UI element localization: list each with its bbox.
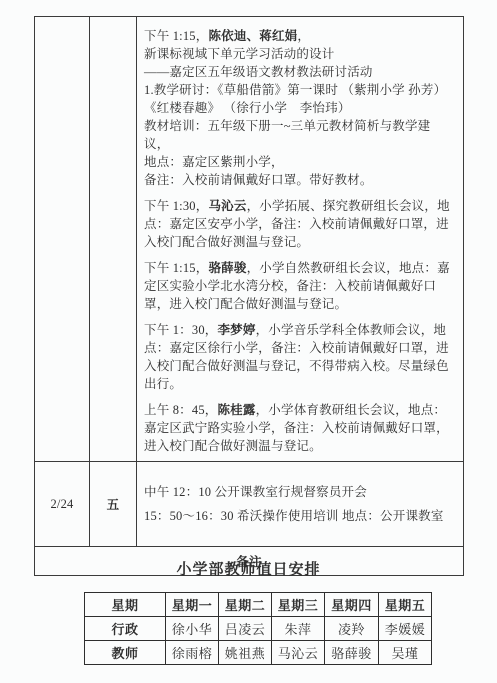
schedule-row-continued: 下午 1:15，陈依迪、蒋红娟， 新课标视域下单元学习活动的设计 ——嘉定区五年… [35, 17, 464, 462]
events-cell: 下午 1:15，陈依迪、蒋红娟， 新课标视域下单元学习活动的设计 ——嘉定区五年… [137, 17, 464, 462]
duty-name-cell: 吕凌云 [219, 617, 272, 641]
teacher-name: 陈依迪、蒋红娟 [208, 29, 297, 43]
event-line: 1.教学研讨：《草船借箭》第一课时 （紫荆小学 孙芳） [144, 81, 455, 99]
event-paragraph-expansion-meeting: 下午 1:30，马沁云，小学拓展、探究教研组长会议，地点：嘉定区安亭小学，备注：… [144, 197, 455, 251]
duty-header-tue: 星期二 [219, 593, 272, 617]
duty-name-cell: 朱萍 [272, 617, 325, 641]
weekday-cell-empty [90, 17, 137, 462]
event-text: ， [297, 29, 310, 43]
duty-header-wed: 星期三 [272, 593, 325, 617]
event-line: 15：50～16：30 希沃操作使用培训 地点：公开课教室 [144, 507, 455, 526]
event-line: 地点：嘉定区紫荆小学， [144, 153, 455, 171]
event-paragraph-science-meeting: 下午 1:15，骆薛骏，小学自然教研组长会议，地点：嘉定区实验小学北水湾分校，备… [144, 259, 455, 313]
event-paragraph-language-research: 下午 1:15，陈依迪、蒋红娟， 新课标视域下单元学习活动的设计 ——嘉定区五年… [144, 27, 455, 189]
duty-name-cell: 马沁云 [272, 641, 325, 665]
duty-name-cell: 姚祖燕 [219, 641, 272, 665]
duty-header-row: 星期 星期一 星期二 星期三 星期四 星期五 [85, 593, 432, 617]
event-line: 教材培训：五年级下册一~三单元教材简析与教学建议， [144, 117, 455, 153]
duty-row-label: 行政 [85, 617, 166, 641]
duty-header-thu: 星期四 [325, 593, 379, 617]
weekly-schedule-table: 下午 1:15，陈依迪、蒋红娟， 新课标视域下单元学习活动的设计 ——嘉定区五年… [34, 16, 464, 576]
teacher-name: 马沁云 [208, 199, 246, 213]
duty-name-cell: 徐小华 [166, 617, 219, 641]
duty-name-cell: 凌羚 [325, 617, 379, 641]
teacher-name: 骆薛骏 [208, 261, 246, 275]
duty-header-mon: 星期一 [166, 593, 219, 617]
duty-name-cell: 徐雨榕 [166, 641, 219, 665]
date-cell-empty [35, 17, 90, 462]
event-line: 中午 12：10 公开课教室行规督察员开会 [144, 483, 455, 502]
duty-header-fri: 星期五 [379, 593, 432, 617]
duty-name-cell: 李媛媛 [379, 617, 432, 641]
event-paragraph-music-meeting: 下午 1：30，李梦婷，小学音乐学科全体教师会议，地点：嘉定区徐行小学，备注：入… [144, 321, 455, 393]
event-paragraph-pe-meeting: 上午 8：45，陈桂露，小学体育教研组长会议，地点：嘉定区武宁路实验小学，备注：… [144, 401, 455, 455]
event-line: 备注：入校前请佩戴好口罩。带好教材。 [144, 171, 455, 189]
teacher-name: 陈桂露 [217, 403, 255, 417]
event-time: 下午 1:15， [144, 261, 208, 275]
event-line: 新课标视域下单元学习活动的设计 [144, 45, 455, 63]
events-cell-friday: 中午 12：10 公开课教室行规督察员开会 15：50～16：30 希沃操作使用… [137, 462, 464, 547]
schedule-row-friday: 2/24 五 中午 12：10 公开课教室行规督察员开会 15：50～16：30… [35, 462, 464, 547]
duty-header-week: 星期 [85, 593, 166, 617]
event-time: 上午 8：45， [144, 403, 217, 417]
duty-name-cell: 骆薛骏 [325, 641, 379, 665]
teacher-name: 李梦婷 [217, 323, 255, 337]
event-line: ——嘉定区五年级语文教材教法研讨活动 [144, 63, 455, 81]
duty-row-admin: 行政 徐小华 吕凌云 朱萍 凌羚 李媛媛 [85, 617, 432, 641]
event-time: 下午 1:15， [144, 29, 208, 43]
duty-roster-title: 小学部教师值日安排 [0, 558, 497, 579]
event-line: 《红楼春趣》 （徐行小学 李怡玮） [144, 99, 455, 117]
date-cell: 2/24 [35, 462, 90, 547]
duty-roster-table: 星期 星期一 星期二 星期三 星期四 星期五 行政 徐小华 吕凌云 朱萍 凌羚 … [84, 592, 432, 665]
event-line: 下午 1:15，陈依迪、蒋红娟， [144, 27, 455, 45]
duty-name-cell: 吴瑾 [379, 641, 432, 665]
duty-row-label: 教师 [85, 641, 166, 665]
event-time: 下午 1：30， [144, 323, 217, 337]
duty-row-teacher: 教师 徐雨榕 姚祖燕 马沁云 骆薛骏 吴瑾 [85, 641, 432, 665]
event-time: 下午 1:30， [144, 199, 208, 213]
weekday-cell: 五 [90, 462, 137, 547]
